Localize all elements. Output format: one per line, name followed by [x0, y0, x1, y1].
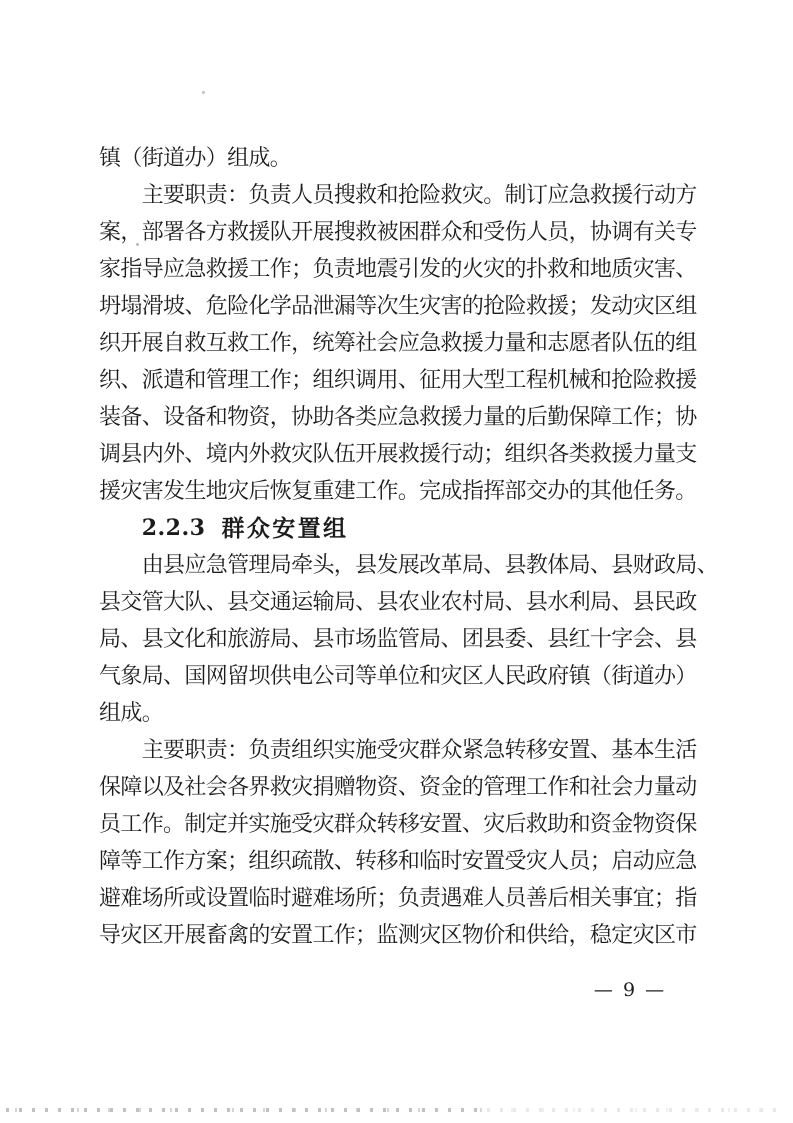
indent-spacer [99, 528, 142, 529]
text-line: 主要职责：负责人员搜救和抢险救灾。制订应急救援行动方 [99, 177, 697, 214]
text-line: 由县应急管理局牵头，县发展改革局、县教体局、县财政局、 [99, 547, 697, 584]
indent-spacer [99, 195, 142, 196]
indent-spacer [99, 750, 142, 751]
text-line: 主要职责：负责组织实施受灾群众紧急转移安置、基本生活 [99, 732, 697, 769]
text-line: 气象局、国网留坝供电公司等单位和灾区人民政府镇（街道办） [99, 658, 697, 695]
text-line: 导灾区开展畜禽的安置工作；监测灾区物价和供给，稳定灾区市 [99, 917, 697, 954]
text-line: 员工作。制定并实施受灾群众转移安置、灾后救助和资金物资保 [99, 806, 697, 843]
text-line: 织、派遣和管理工作；组织调用、征用大型工程机械和抢险救援 [99, 362, 697, 399]
text-line: 避难场所或设置临时避难场所；负责遇难人员善后相关事宜；指 [99, 880, 697, 917]
text-line: 家指导应急救援工作；负责地震引发的火灾的扑救和地质灾害、 [99, 251, 697, 288]
scan-speck [202, 91, 205, 94]
text-line: 织开展自救互救工作，统筹社会应急救援力量和志愿者队伍的组 [99, 325, 697, 362]
indent-spacer [99, 565, 142, 566]
text-line: 组成。 [99, 695, 697, 732]
scan-noise-band [6, 1108, 776, 1112]
page-number: — 9 — [560, 980, 700, 1000]
text-line: 镇（街道办）组成。 [99, 140, 697, 177]
text-line: 坍塌滑坡、危险化学品泄漏等次生灾害的抢险救援；发动灾区组 [99, 288, 697, 325]
section-heading: 2.2.3群众安置组 [99, 510, 697, 547]
text-line: 调县内外、境内外救灾队伍开展救援行动；组织各类救援力量支 [99, 436, 697, 473]
heading-title: 群众安置组 [221, 510, 348, 547]
text-block: 镇（街道办）组成。主要职责：负责人员搜救和抢险救灾。制订应急救援行动方案，部署各… [99, 140, 697, 954]
text-line: 案，部署各方救援队开展搜救被困群众和受伤人员，协调有关专 [99, 214, 697, 251]
text-line: 援灾害发生地灾后恢复重建工作。完成指挥部交办的其他任务。 [99, 473, 697, 510]
text-line: 县交管大队、县交通运输局、县农业农村局、县水利局、县民政 [99, 584, 697, 621]
document-page: 镇（街道办）组成。主要职责：负责人员搜救和抢险救灾。制订应急救援行动方案，部署各… [0, 0, 793, 1123]
heading-number: 2.2.3 [142, 510, 206, 547]
text-line: 装备、设备和物资，协助各类应急救援力量的后勤保障工作；协 [99, 399, 697, 436]
text-line: 局、县文化和旅游局、县市场监管局、团县委、县红十字会、县 [99, 621, 697, 658]
text-line: 保障以及社会各界救灾捐赠物资、资金的管理工作和社会力量动 [99, 769, 697, 806]
text-line: 障等工作方案；组织疏散、转移和临时安置受灾人员；启动应急 [99, 843, 697, 880]
